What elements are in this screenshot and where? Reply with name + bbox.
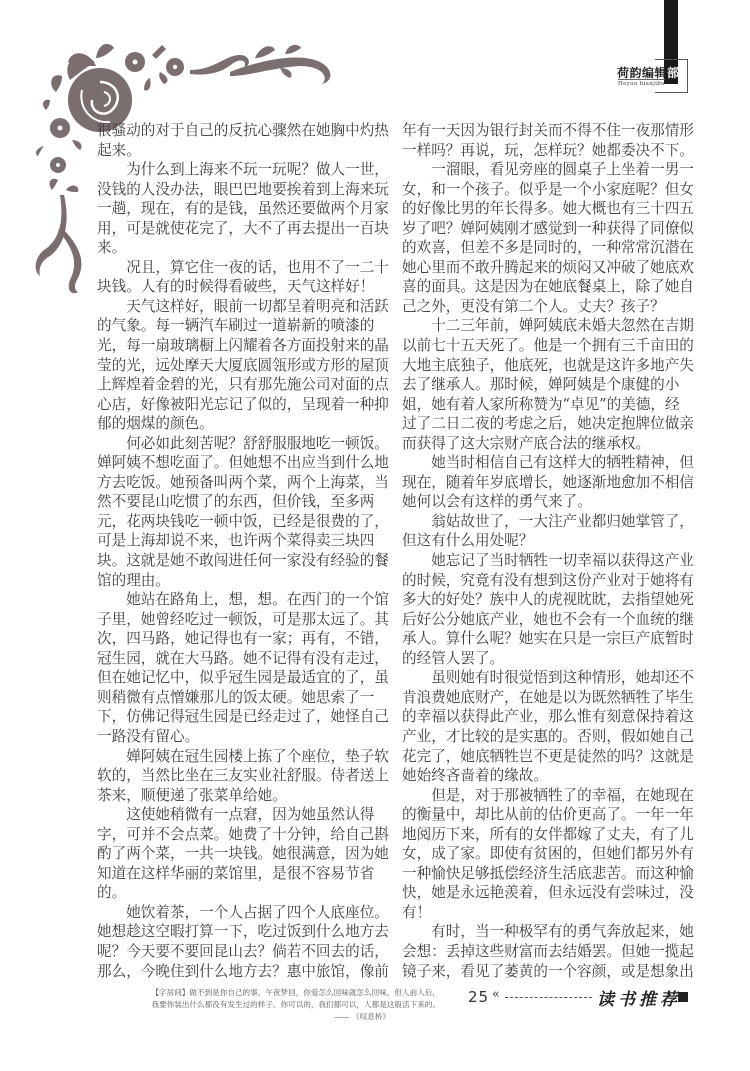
text-line: 但这有什么用处呢？ bbox=[402, 531, 684, 551]
text-line: 但在她记忆中，似乎冠生园是最适宜的了，虽 bbox=[97, 668, 366, 688]
text-line: 的时候，究竟有没有想到这份产业对于她将有 bbox=[402, 571, 684, 591]
text-line: 的经管人罢了。 bbox=[402, 649, 684, 669]
article-right-column: 年有一天因为银行封关而不得不住一夜那情形一样吗？再说，玩，怎样玩？她都委决不下。… bbox=[402, 121, 684, 981]
quote-source: —— 《叹息桥》 bbox=[70, 1011, 440, 1023]
text-line: 的衡量中，却比从前的估价更高了。一年一年 bbox=[402, 805, 684, 825]
text-line: 多大的好处？族中人的虎视眈眈，去指望她死 bbox=[402, 590, 684, 610]
text-line: 现在，随着年岁底增长，她逐渐地愈加不相信 bbox=[402, 473, 684, 493]
text-line: 的好像比男的年长得多。她大概也有三十四五 bbox=[402, 199, 684, 219]
text-line: 有时，当一种极罕有的勇气奔放起来，她 bbox=[402, 922, 684, 942]
text-line: 十二三年前，婵阿姨底未婚夫忽然在吉期 bbox=[402, 316, 684, 336]
text-line: 块。这就是她不敢闯进任何一家没有经验的餐 bbox=[97, 551, 366, 571]
text-line: 她站在路角上，想，想。在西门的一个馆 bbox=[97, 590, 366, 610]
section-title: 读书推荐 bbox=[597, 985, 681, 1010]
text-line: 没钱的人没办法，眼巴巴地要挨着到上海来玩 bbox=[97, 180, 366, 200]
text-line: 她饮着茶，一个人占据了四个人底座位。 bbox=[97, 903, 366, 923]
text-line: 以前七十五天死了。他是一个拥有三千亩田的 bbox=[402, 336, 684, 356]
text-line: 知道在这样华丽的菜馆里，是很不容易节省 bbox=[97, 864, 366, 884]
text-line: 但是，对于那被牺牲了的幸福，在她现在 bbox=[402, 786, 684, 806]
page-number: 25 bbox=[468, 988, 489, 1006]
text-line: 镜子来，看见了萎黄的一个容颜，或是想象出 bbox=[402, 962, 684, 982]
quote-line-1: 【字居间】做不到是你自己的事，午夜梦回，你爱怎么回味就怎么回味，但人前人后， bbox=[70, 987, 440, 999]
text-line: 的。 bbox=[97, 883, 366, 903]
text-line: 光，每一扇玻璃橱上闪耀着各方面投射来的晶 bbox=[97, 336, 366, 356]
text-line: 上辉煌着金碧的光，只有那先施公司对面的点 bbox=[97, 375, 366, 395]
text-line: 她忘记了当时牺牲一切幸福以获得这产业 bbox=[402, 551, 684, 571]
text-line: 况且，算它住一夜的话，也用不了一二十 bbox=[97, 258, 366, 278]
text-line: 翁姑故世了，一大注产业都归她掌管了， bbox=[402, 512, 684, 532]
text-line: 岁了吧？婵阿姨刚才感觉到一种获得了同僚似 bbox=[402, 219, 684, 239]
text-line: 馆的理由。 bbox=[97, 571, 366, 591]
text-line: 她何以会有这样的勇气来了。 bbox=[402, 492, 684, 512]
text-line: 年有一天因为银行封关而不得不住一夜那情形 bbox=[402, 121, 684, 141]
text-line: 姐，她有着人家所称赞为“卓见”的美德，经 bbox=[402, 395, 684, 415]
text-line: 己之外，更没有第二个人。丈夫？孩子？ bbox=[402, 297, 684, 317]
text-line: 呢？今天要不要回昆山去？倘若不回去的话， bbox=[97, 942, 366, 962]
text-line: 花完了，她底牺牲岂不更是徒然的吗？这就是 bbox=[402, 747, 684, 767]
text-line: 软的，当然比坐在三友实业社舒服。侍者送上 bbox=[97, 766, 366, 786]
brand-title-dark: 荷韵编辑 bbox=[617, 66, 667, 80]
text-line: 肯浪费她底财产，在她是以为既然牺牲了毕生 bbox=[402, 688, 684, 708]
text-line: 喜的面具。这是因为在她底餐桌上，除了她自 bbox=[402, 277, 684, 297]
dashed-divider bbox=[505, 997, 592, 998]
text-line: 何必如此刻苦呢？舒舒服服地吃一顿饭。 bbox=[97, 434, 366, 454]
text-line: 下，仿佛记得冠生园是已经走过了，她怪自己 bbox=[97, 707, 366, 727]
text-line: 大地主底独子，他底死，也就是这许多地产失 bbox=[402, 356, 684, 376]
text-line: 这使她稍微有一点窘，因为她虽然认得 bbox=[97, 805, 366, 825]
text-line: 则稍微有点憎嫌那儿的饭太硬。她思索了一 bbox=[97, 688, 366, 708]
brand-title-light: 部 bbox=[667, 66, 680, 80]
text-line: 方去吃饭。她预备叫两个菜，两个上海菜，当 bbox=[97, 473, 366, 493]
text-line: 的气象。每一辆汽车刷过一道崭新的喷漆的 bbox=[97, 316, 366, 336]
text-line: 那么，今晚住到什么地方去？惠中旅馆，像前 bbox=[97, 962, 366, 982]
text-line: 产业，才比较的是实惠的。否则，假如她自己 bbox=[402, 727, 684, 747]
text-line: 心店，好像被阳光忘记了似的，呈现着一种抑 bbox=[97, 395, 366, 415]
black-square-icon bbox=[678, 992, 688, 1002]
double-chevron-left-icon: « bbox=[492, 987, 500, 1002]
text-line: 快，她是永远艳羡着，但永远没有尝味过，没 bbox=[402, 883, 684, 903]
text-line: 一种愉快足够抵偿经济生活底悲苦。而这种愉 bbox=[402, 864, 684, 884]
text-line: 郁的烟煤的颜色。 bbox=[97, 414, 366, 434]
text-line: 婵阿姨不想吃面了。但她想不出应当到什么地 bbox=[97, 453, 366, 473]
text-line: 为什么到上海来不玩一玩呢？做人一世， bbox=[97, 160, 366, 180]
text-line: 有！ bbox=[402, 903, 684, 923]
text-line: 然不要昆山吃惯了的东西，但价钱，至多两 bbox=[97, 492, 366, 512]
text-line: 很骚动的对于自己的反抗心骤然在她胸中灼热 bbox=[97, 121, 366, 141]
quote-line-2: 我要你装出什么都没有发生过的样子。你可以的，我们都可以，人都是这般活下来的。 bbox=[70, 999, 440, 1011]
text-line: 地阅历下来，所有的女伴都嫁了丈夫，有了儿 bbox=[402, 825, 684, 845]
text-line: 她想趁这空暇打算一下，吃过饭到什么地方去 bbox=[97, 922, 366, 942]
text-line: 酌了两个菜，一共一块钱。她很满意，因为她 bbox=[97, 844, 366, 864]
text-line: 后好公分她底产业，她也不会有一个血统的继 bbox=[402, 610, 684, 630]
text-line: 的幸福以获得此产业，那么惟有刻意保持着这 bbox=[402, 707, 684, 727]
text-line: 她始终吝啬着的缘故。 bbox=[402, 766, 684, 786]
text-line: 一溜眼，看见旁座的圆桌子上坐着一男一 bbox=[402, 160, 684, 180]
text-line: 字，可并不会点菜。她费了十分钟，给自己斟 bbox=[97, 825, 366, 845]
text-line: 冠生园，就在大马路。她不记得有没有走过， bbox=[97, 649, 366, 669]
article-left-column: 很骚动的对于自己的反抗心骤然在她胸中灼热起来。 为什么到上海来不玩一玩呢？做人一… bbox=[97, 121, 366, 981]
text-line: 一趟，现在，有的是钱，虽然还要做两个月家 bbox=[97, 199, 366, 219]
text-line: 天气这样好，眼前一切都呈着明亮和活跃 bbox=[97, 297, 366, 317]
text-line: 块钱。人有的时候得看破些，天气这样好！ bbox=[97, 277, 366, 297]
text-line: 元，花两块钱吃一顿中饭，已经是很费的了， bbox=[97, 512, 366, 532]
text-line: 虽则她有时很觉悟到这种情形，她却还不 bbox=[402, 668, 684, 688]
text-line: 来。 bbox=[97, 238, 366, 258]
text-line: 她心里而不敢升腾起来的烦闷又冲破了她底欢 bbox=[402, 258, 684, 278]
text-line: 莹的光，远处摩天大厦底圆瓴形或方形的屋顶 bbox=[97, 356, 366, 376]
text-line: 起来。 bbox=[97, 141, 366, 161]
text-line: 女，成了家。即使有贫困的，但她们都另外有 bbox=[402, 844, 684, 864]
text-line: 次，四马路，她记得也有一家；再有，不错， bbox=[97, 629, 366, 649]
text-line: 茶来，顺便递了张菜单给她。 bbox=[97, 786, 366, 806]
text-line: 过了二日二夜的考虑之后，她决定抱牌位做亲 bbox=[402, 414, 684, 434]
text-line: 可是上海却说不来，也许两个菜得卖三块四 bbox=[97, 531, 366, 551]
text-line: 去了继承人。那时候，婵阿姨是个康健的小 bbox=[402, 375, 684, 395]
text-line: 子里，她曾经吃过一顿饭，可是那太远了。其 bbox=[97, 610, 366, 630]
text-line: 会想：丢掉这些财富而去结婚罢。但她一揽起 bbox=[402, 942, 684, 962]
text-line: 的欢喜，但差不多是同时的，一种常常沉潜在 bbox=[402, 238, 684, 258]
text-line: 女，和一个孩子。似乎是一个小家庭呢？但女 bbox=[402, 180, 684, 200]
text-line: 一样吗？再说，玩，怎样玩？她都委决不下。 bbox=[402, 141, 684, 161]
text-line: 她当时相信自己有这样大的牺牲精神，但 bbox=[402, 453, 684, 473]
brand-subtitle: Heyun bianjibu bbox=[618, 79, 665, 87]
text-line: 一路没有留心。 bbox=[97, 727, 366, 747]
text-line: 婵阿姨在冠生园楼上拣了个座位，垫子软 bbox=[97, 747, 366, 767]
text-line: 承人。算什么呢？她实在只是一宗巨产底暂时 bbox=[402, 629, 684, 649]
text-line: 用，可是就使花完了，大不了再去提出一百块 bbox=[97, 219, 366, 239]
footer-quote: 【字居间】做不到是你自己的事，午夜梦回，你爱怎么回味就怎么回味，但人前人后， 我… bbox=[70, 987, 440, 1023]
text-line: 而获得了这大宗财产底合法的继承权。 bbox=[402, 434, 684, 454]
